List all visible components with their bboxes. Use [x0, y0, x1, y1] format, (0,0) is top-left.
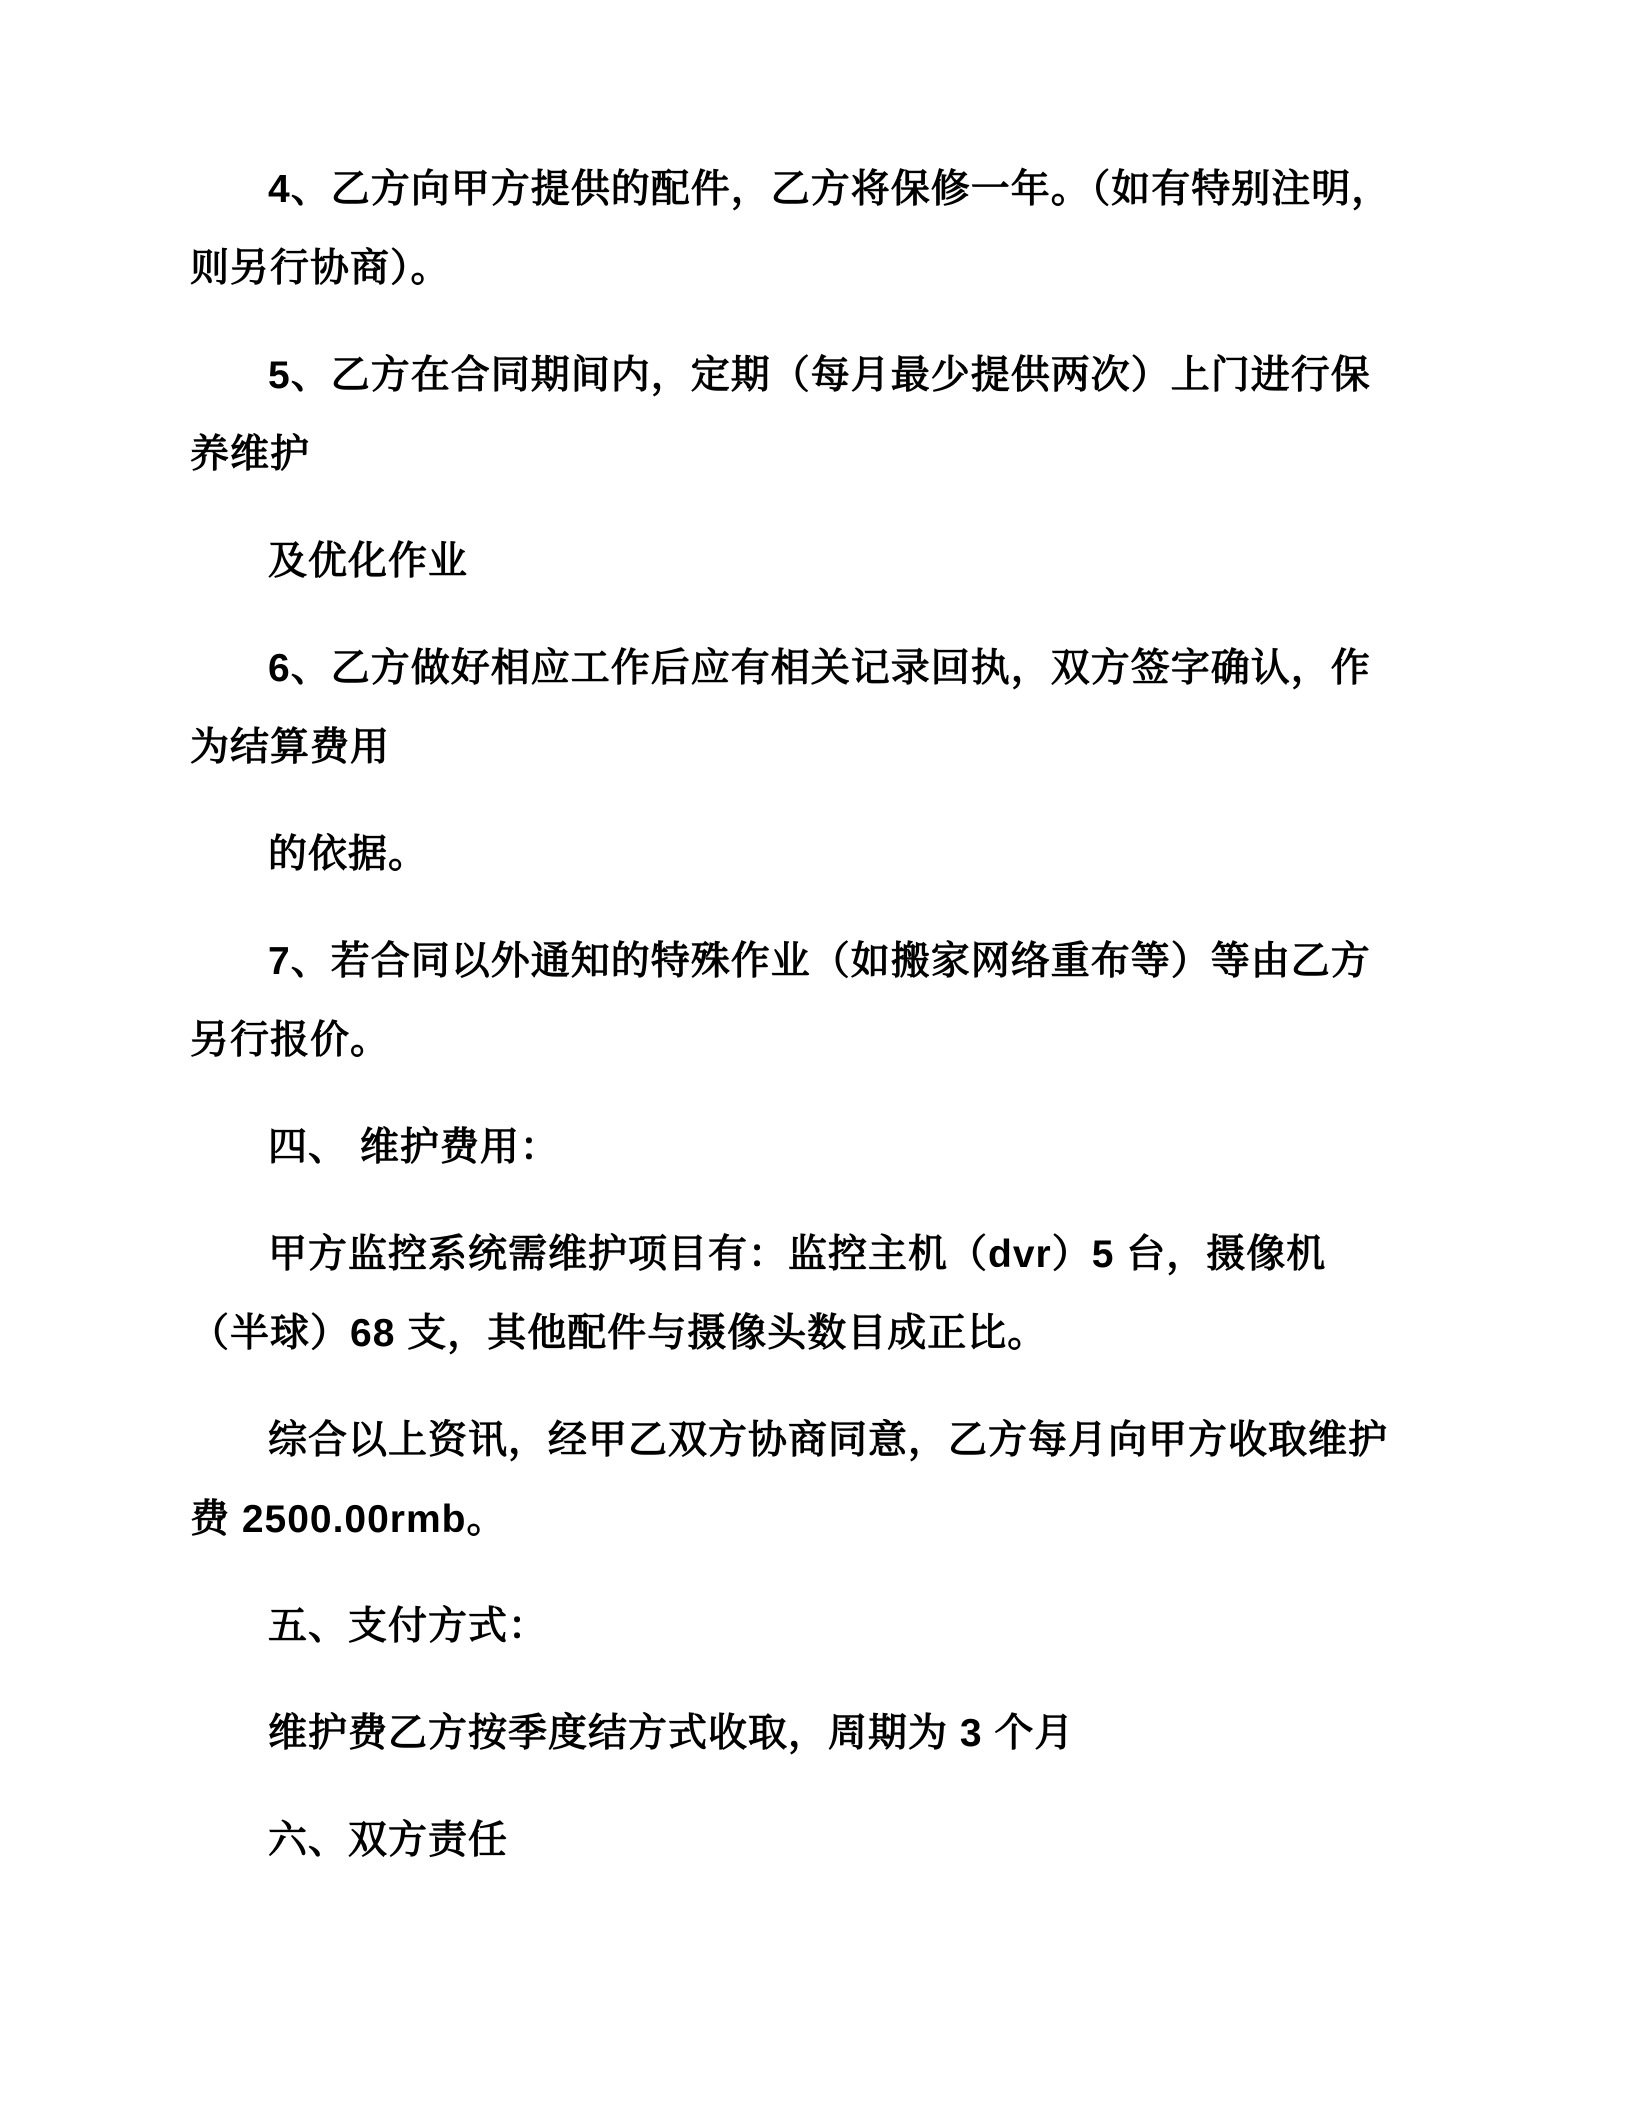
text-line: （半球）68 支，其他配件与摄像头数目成正比。	[190, 1294, 1445, 1373]
text-line: 五、支付方式：	[190, 1587, 1445, 1666]
text-line: 另行报价。	[190, 1001, 1445, 1080]
text-line: 六、双方责任	[190, 1801, 1445, 1880]
text-line: 及优化作业	[190, 522, 1445, 601]
text-line: 维护费乙方按季度结方式收取，周期为 3 个月	[190, 1694, 1445, 1773]
text-line: 养维护	[190, 415, 1445, 494]
text-line: 四、 维护费用：	[190, 1108, 1445, 1187]
text-line: 的依据。	[190, 815, 1445, 894]
document-body: 4、乙方向甲方提供的配件，乙方将保修一年。（如有特别注明，则另行协商）。5、乙方…	[190, 150, 1445, 1880]
text-line: 6、乙方做好相应工作后应有相关记录回执，双方签字确认，作	[190, 629, 1445, 708]
text-line: 5、乙方在合同期间内，定期（每月最少提供两次）上门进行保	[190, 336, 1445, 415]
text-line: 为结算费用	[190, 708, 1445, 787]
text-line: 甲方监控系统需维护项目有：监控主机（dvr）5 台，摄像机	[190, 1215, 1445, 1294]
text-line: 费 2500.00rmb。	[190, 1480, 1445, 1559]
text-line: 4、乙方向甲方提供的配件，乙方将保修一年。（如有特别注明，	[190, 150, 1445, 229]
text-line: 7、若合同以外通知的特殊作业（如搬家网络重布等）等由乙方	[190, 922, 1445, 1001]
document-page: 4、乙方向甲方提供的配件，乙方将保修一年。（如有特别注明，则另行协商）。5、乙方…	[0, 0, 1632, 2112]
text-line: 综合以上资讯，经甲乙双方协商同意，乙方每月向甲方收取维护	[190, 1401, 1445, 1480]
text-line: 则另行协商）。	[190, 229, 1445, 308]
